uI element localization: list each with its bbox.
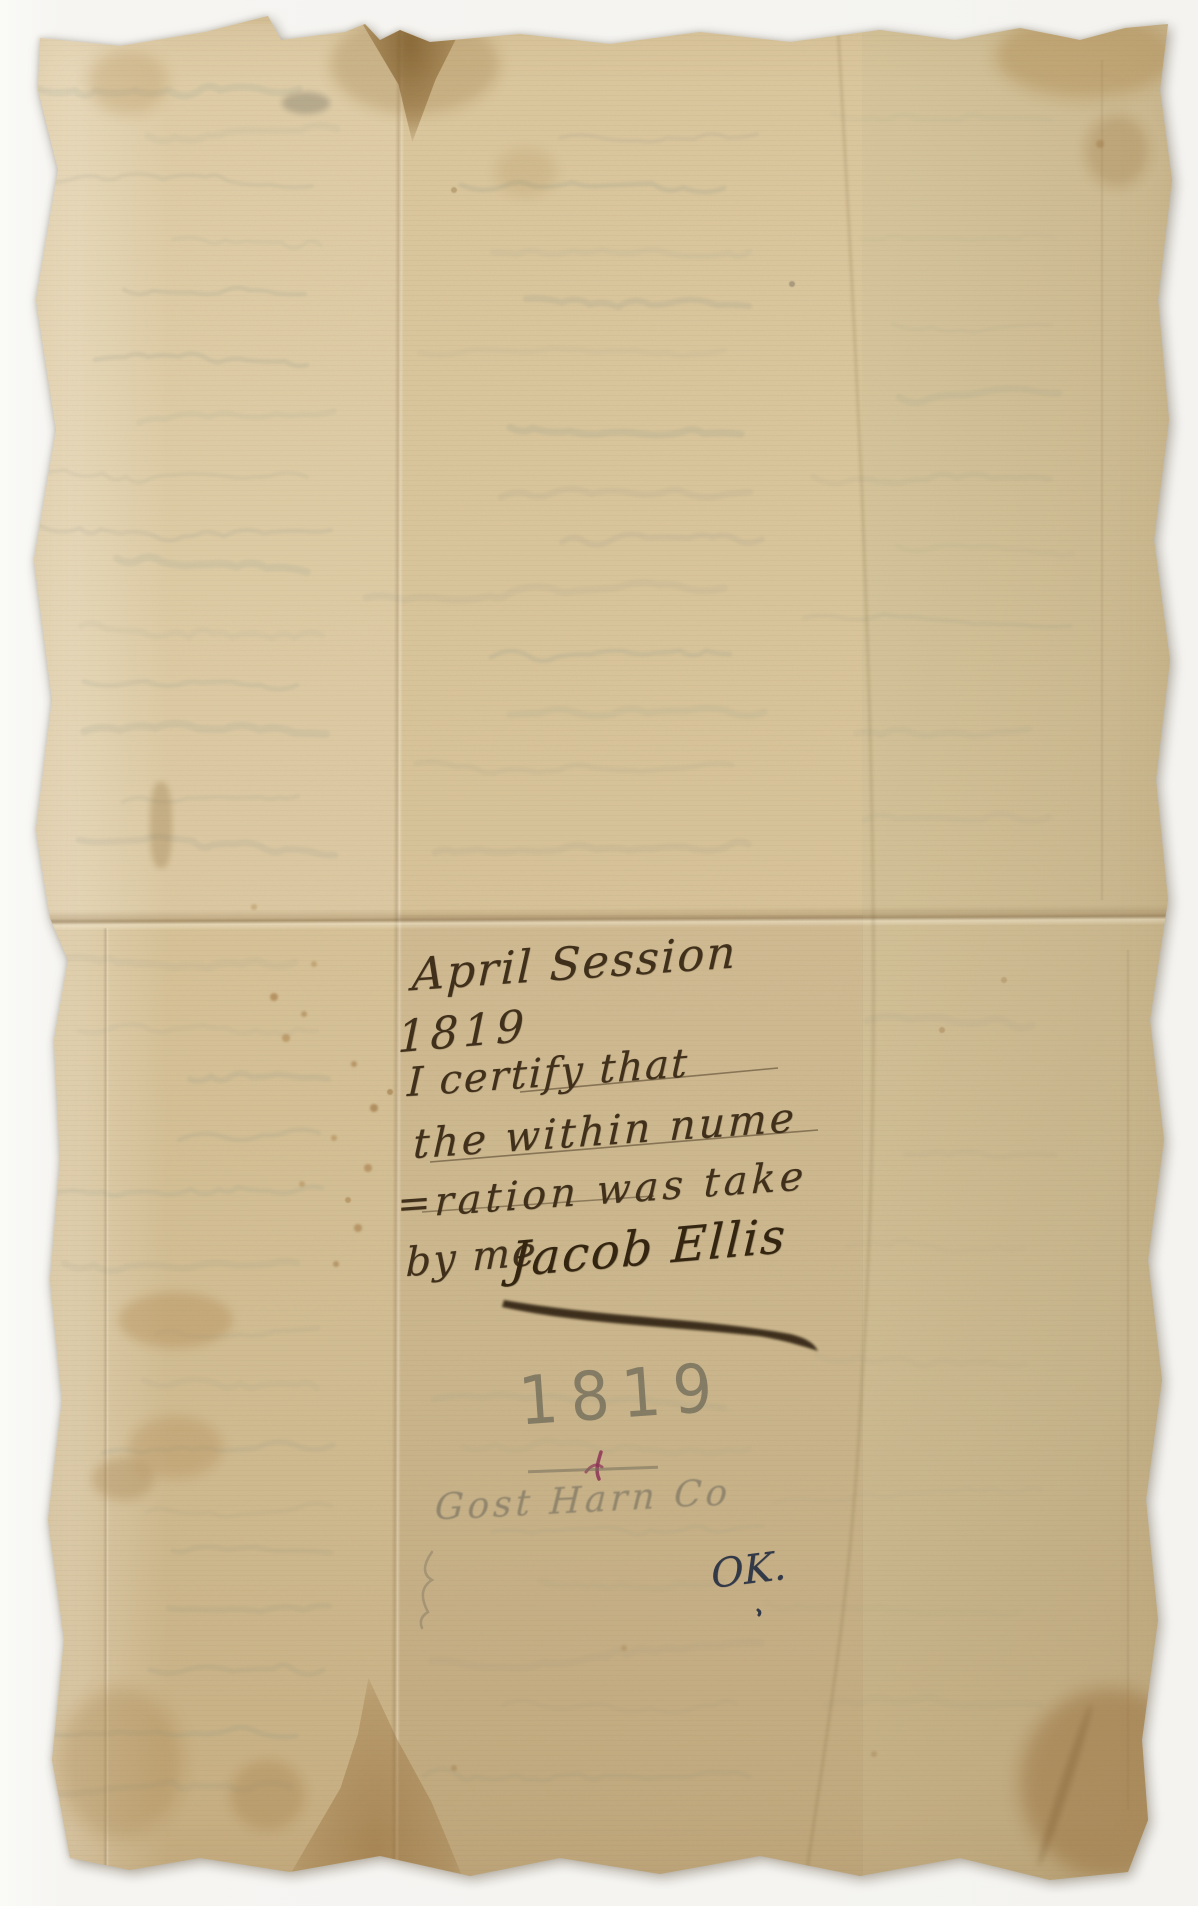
pencil-crossbar — [528, 1466, 658, 1473]
blotch-left-1 — [118, 1292, 233, 1348]
stain-bottom-left-corner — [58, 1688, 183, 1838]
ink-line-within: the within nume — [412, 1093, 798, 1168]
fold-crease-vertical-lower-left — [103, 928, 109, 1873]
pencil-year: 1819 — [516, 1348, 727, 1441]
stain-top-right-band — [995, 14, 1175, 98]
fold-crease-horizontal — [30, 905, 1172, 931]
stain-top-halo — [330, 14, 500, 114]
stain-top-right-small — [1085, 115, 1149, 187]
panel-tint-right — [862, 24, 1172, 1884]
fold-crease-vertical-left — [391, 24, 405, 1882]
stain-faint-round — [495, 148, 557, 196]
purple-check-mark — [597, 1452, 601, 1479]
ink-line-session: April Session — [411, 925, 738, 1001]
ok-period — [758, 1610, 760, 1615]
document-paper-wrap: April Session 1819 I certify that the wi… — [0, 0, 1198, 1906]
stain-bottom-right — [1020, 1688, 1198, 1878]
stain-bottom-crease-side — [230, 1760, 305, 1830]
stain-topleft-edge — [88, 50, 168, 114]
stain-bottom-crease — [288, 1678, 463, 1878]
blotch-left-3 — [92, 1458, 154, 1500]
foxing-freckles — [0, 0, 4, 4]
stain-bottom-right-streak — [1034, 1703, 1096, 1868]
dribble-left — [150, 782, 172, 868]
scanner-background: April Session 1819 I certify that the wi… — [0, 0, 1198, 1906]
ok-annotation: OK. — [710, 1543, 787, 1598]
edge-crinkle-upper-right — [1100, 60, 1104, 900]
blotch-left-2 — [128, 1416, 223, 1478]
smudge-gray-top — [282, 92, 330, 114]
document-paper: April Session 1819 I certify that the wi… — [0, 0, 1198, 1906]
edge-crinkle-lower-right — [1126, 950, 1130, 1810]
panel-tint-upper-left — [30, 24, 400, 919]
pencil-county-note: Gost Harn Co — [434, 1472, 732, 1529]
stain-top-v — [352, 22, 468, 142]
signature-flourish — [502, 1300, 818, 1351]
fold-crease-vertical-right — [806, 28, 874, 1878]
ink-signature: Jacob Ellis — [509, 1208, 788, 1289]
pencil-squiggle-left — [421, 1552, 432, 1628]
